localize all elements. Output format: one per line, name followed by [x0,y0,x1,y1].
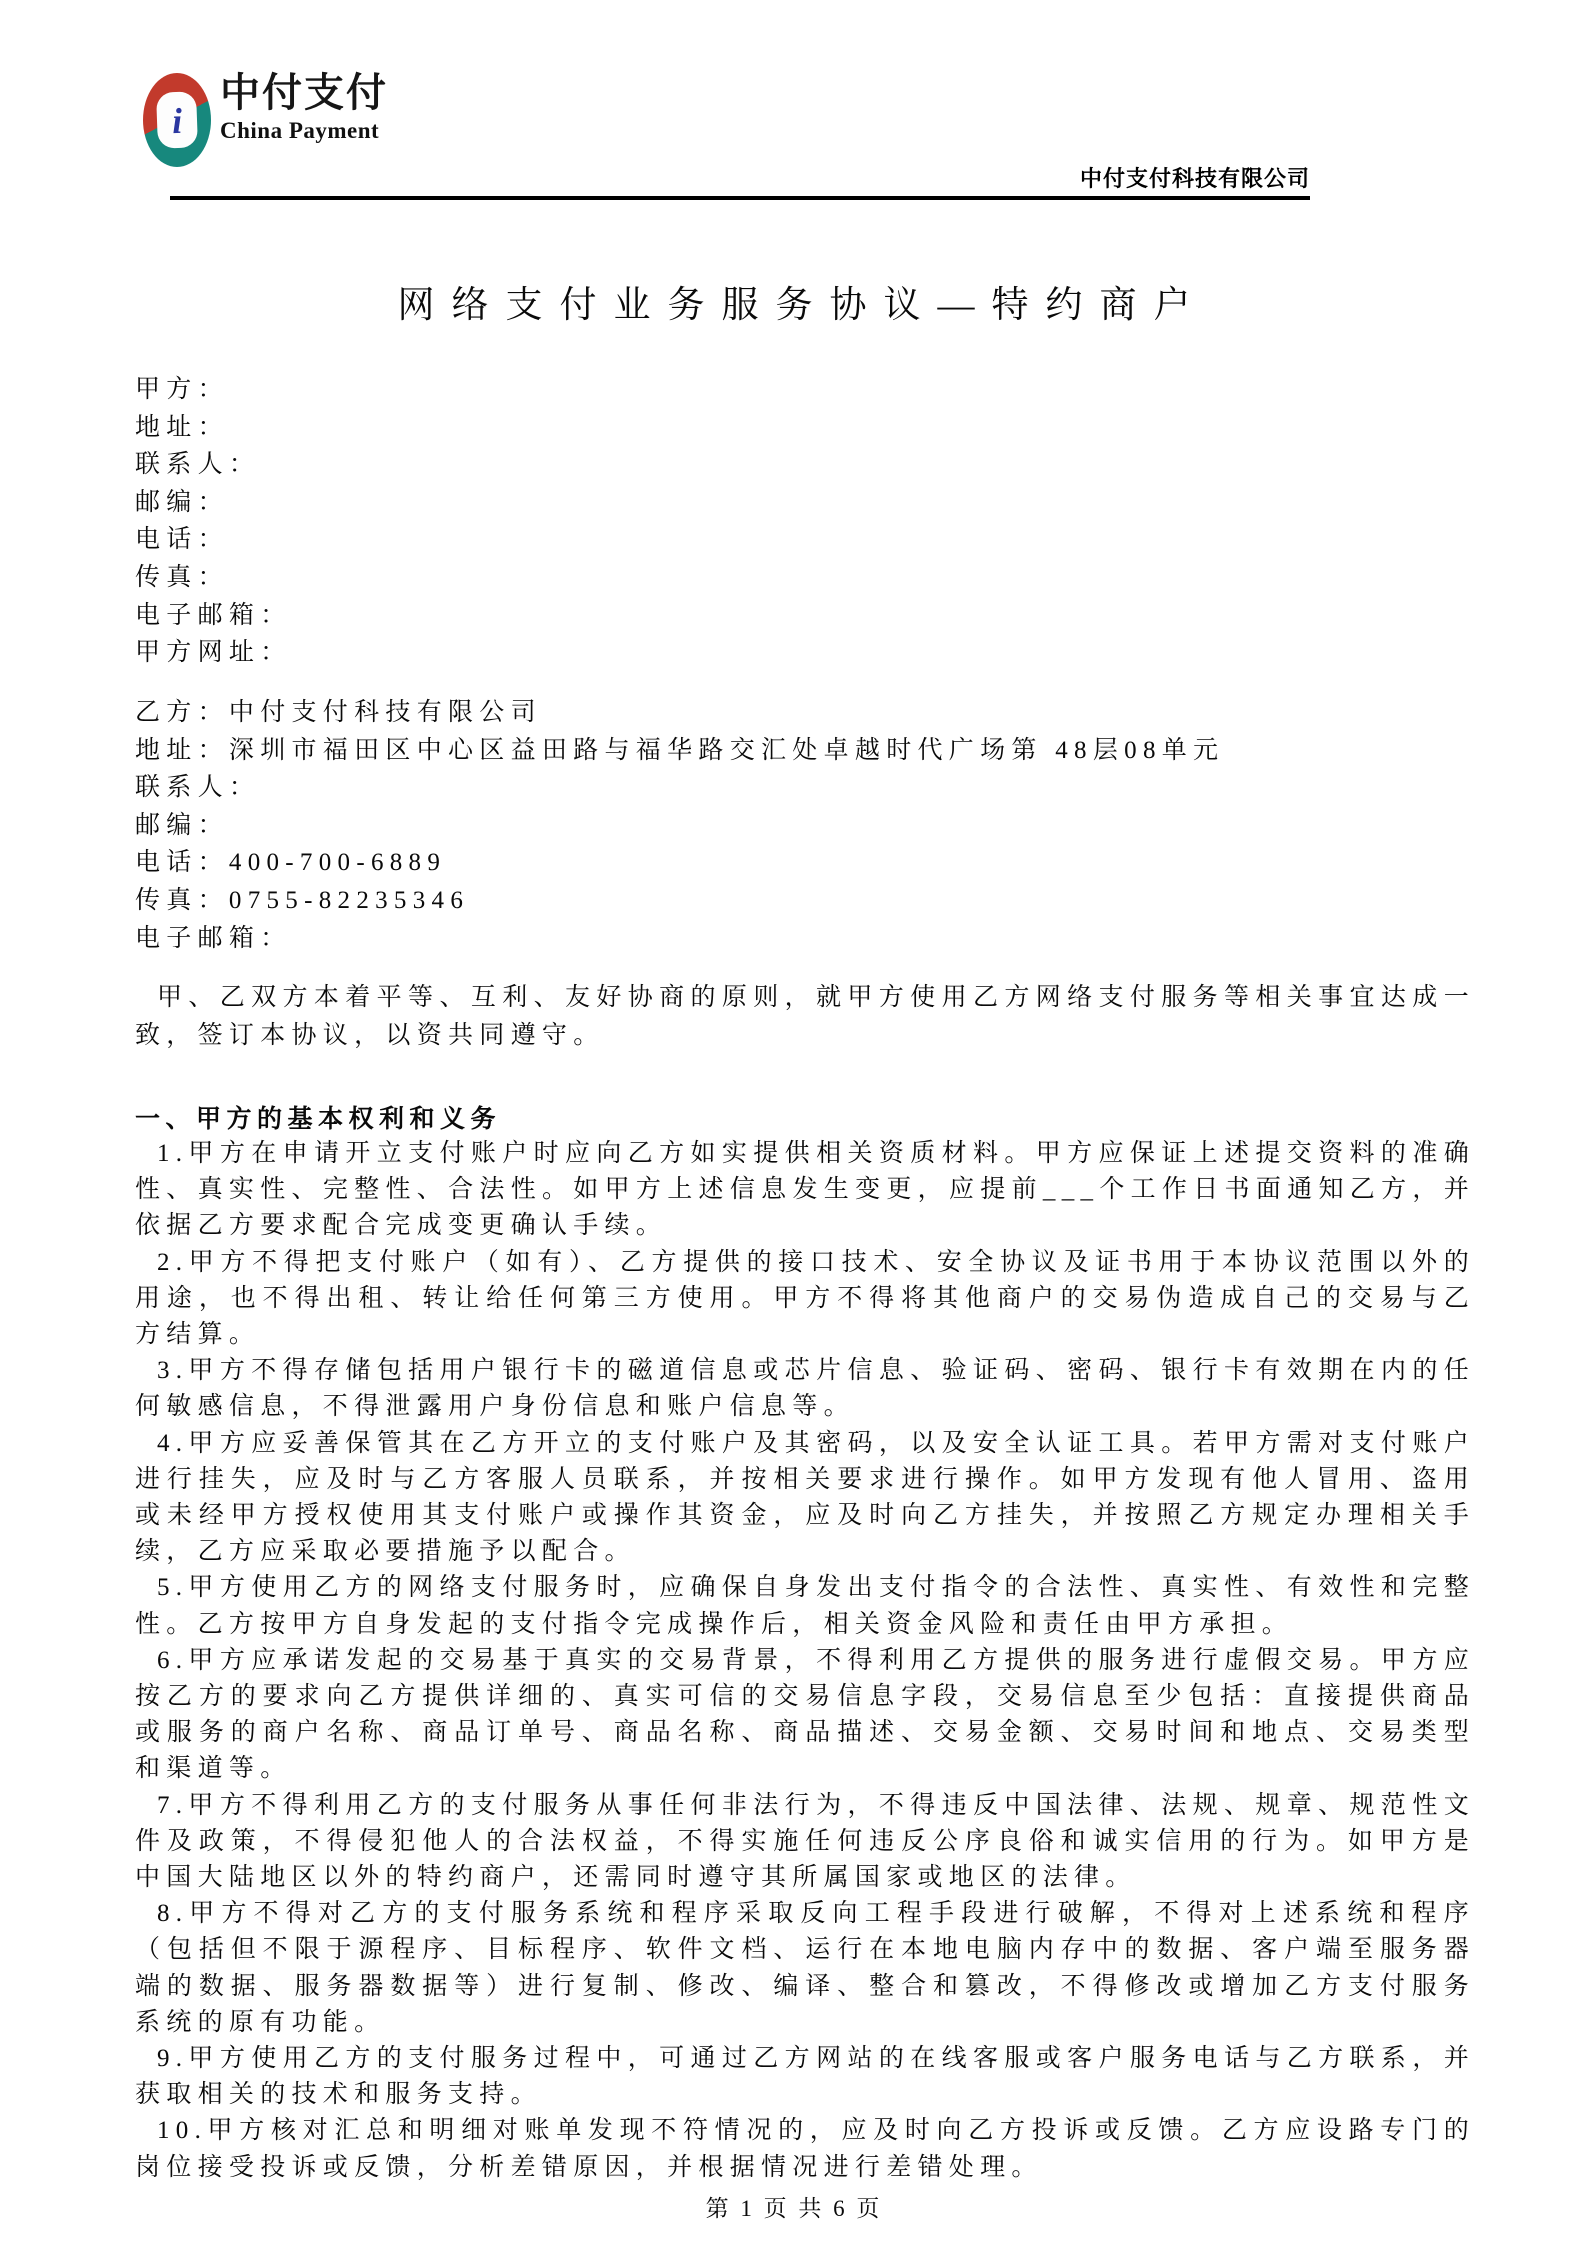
party-a-name-label: 甲方： [135,371,292,409]
contract-item-8: 8.甲方不得对乙方的支付服务系统和程序采取反向工程手段进行破解，不得对上述系统和… [135,1896,1475,2041]
contract-item-4: 4.甲方应妥善保管其在乙方开立的支付账户及其密码，以及安全认证工具。若甲方需对支… [135,1426,1475,1571]
party-a-email-label: 电子邮箱： [135,597,292,635]
company-logo: i [143,73,211,167]
section-1-items: 1.甲方在申请开立支付账户时应向乙方如实提供相关资质材料。甲方应保证上述提交资料… [135,1136,1475,2186]
party-b-contact-label: 联系人： [135,769,1224,807]
page-number-footer: 第 1 页 共 6 页 [0,2190,1588,2223]
party-a-phone-label: 电话： [135,521,292,559]
party-b-phone: 电话：400-700-6889 [135,844,1224,882]
contract-item-1: 1.甲方在申请开立支付账户时应向乙方如实提供相关资质材料。甲方应保证上述提交资料… [135,1136,1475,1245]
header-company-name: 中付支付科技有限公司 [1080,162,1310,193]
contract-page: i 中付支付 China Payment 中付支付科技有限公司 网络支付业务服务… [0,0,1588,2245]
contract-item-10: 10.甲方核对汇总和明细对账单发现不符情况的，应及时向乙方投诉或反馈。乙方应设路… [135,2113,1475,2185]
party-a-contact-label: 联系人： [135,446,292,484]
contract-item-2: 2.甲方不得把支付账户（如有）、乙方提供的接口技术、安全协议及证书用于本协议范围… [135,1245,1475,1354]
preamble-paragraph: 甲、乙双方本着平等、互利、友好协商的原则，就甲方使用乙方网络支付服务等相关事宜达… [135,979,1475,1054]
party-a-address-label: 地址： [135,409,292,447]
party-b-block: 乙方：中付支付科技有限公司 地址：深圳市福田区中心区益田路与福华路交汇处卓越时代… [135,694,1224,957]
brand-block: 中付支付 China Payment [220,70,388,144]
contract-item-5: 5.甲方使用乙方的网络支付服务时，应确保自身发出支付指令的合法性、真实性、有效性… [135,1570,1475,1642]
contract-item-3: 3.甲方不得存储包括用户银行卡的磁道信息或芯片信息、验证码、密码、银行卡有效期在… [135,1353,1475,1425]
party-a-website-label: 甲方网址： [135,634,292,672]
party-b-email-label: 电子邮箱： [135,920,1224,958]
party-a-zip-label: 邮编： [135,484,292,522]
party-b-name: 乙方：中付支付科技有限公司 [135,694,1224,732]
header-divider [170,196,1310,200]
party-b-address: 地址：深圳市福田区中心区益田路与福华路交汇处卓越时代广场第 48层08单元 [135,732,1224,770]
document-title: 网络支付业务服务协议—特约商户 [0,274,1588,328]
logo-oval-icon: i [143,73,211,167]
party-a-block: 甲方： 地址： 联系人： 邮编： 电话： 传真： 电子邮箱： 甲方网址： [135,371,292,672]
brand-name-en: China Payment [220,118,388,144]
contract-item-6: 6.甲方应承诺发起的交易基于真实的交易背景，不得利用乙方提供的服务进行虚假交易。… [135,1643,1475,1788]
party-b-zip-label: 邮编： [135,807,1224,845]
party-b-fax: 传真：0755-82235346 [135,882,1224,920]
logo-pillow-shape: i [156,91,198,148]
logo-monogram: i [171,101,182,139]
brand-name-cn: 中付支付 [220,70,388,116]
party-a-fax-label: 传真： [135,559,292,597]
contract-item-9: 9.甲方使用乙方的支付服务过程中，可通过乙方网站的在线客服或客户服务电话与乙方联… [135,2041,1475,2113]
section-1-heading: 一、甲方的基本权利和义务 [135,1099,501,1135]
contract-item-7: 7.甲方不得利用乙方的支付服务从事任何非法行为，不得违反中国法律、法规、规章、规… [135,1788,1475,1897]
